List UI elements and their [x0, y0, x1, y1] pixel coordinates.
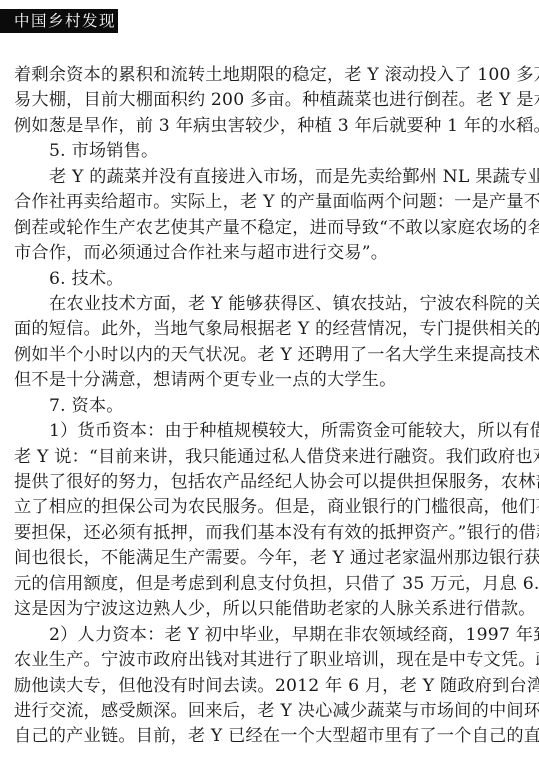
- text-line: 立了相应的担保公司为农民服务。但是，商业银行的门槛很高，他们不单单需: [14, 495, 526, 520]
- text-line: 1）货币资本：由于种植规模较大，所需资金可能较大，所以有借贷需求。: [14, 419, 526, 444]
- text-line: 间也很长，不能满足生产需要。今年，老 Y 通过老家温州那边银行获得了 50 万: [14, 546, 526, 571]
- text-line: 元的信用额度，但是考虑到利息支付负担，只借了 35 万元，月息 6.3 厘左右。: [14, 572, 526, 597]
- text-line: 易大棚，目前大棚面积约 200 多亩。种植蔬菜也进行倒茬。老 Y 是水旱轮作，: [14, 88, 526, 113]
- section-header-tab: 中国乡村发现: [0, 9, 118, 33]
- text-line: 农业生产。宁波市政府出钱对其进行了职业培训，现在是中专文凭。政府也鼓: [14, 648, 526, 673]
- text-line: 合作社再卖给超市。实际上，老 Y 的产量面临两个问题：一是产量不大；二是: [14, 190, 526, 215]
- text-line: 面的短信。此外，当地气象局根据老 Y 的经营情况，专门提供相关的短信服务，: [14, 317, 526, 342]
- text-line: 老 Y 说：“目前来讲，我只能通过私人借贷来进行融资。我们政府也对这方面: [14, 445, 526, 470]
- text-line: 例如半个小时以内的天气状况。老 Y 还聘用了一名大学生来提高技术管理水平，: [14, 343, 526, 368]
- text-line: 7. 资本。: [14, 394, 526, 419]
- text-line: 6. 技术。: [14, 267, 526, 292]
- text-line: 在农业技术方面，老 Y 能够获得区、镇农技站，宁波农科院的关于技术方: [14, 292, 526, 317]
- section-title: 中国乡村发现: [14, 12, 116, 30]
- text-line: 2）人力资本：老 Y 初中毕业，早期在非农领域经商，1997 年到宁波开始: [14, 623, 526, 648]
- page-body-text: 着剩余资本的累积和流转土地期限的稳定，老 Y 滚动投入了 100 多万元建设简易…: [14, 63, 526, 750]
- text-line: 老 Y 的蔬菜并没有直接进入市场，而是先卖给鄞州 NL 果蔬专业合作社，: [14, 165, 526, 190]
- text-line: 这是因为宁波这边熟人少，所以只能借助老家的人脉关系进行借款。: [14, 597, 526, 622]
- text-line: 自己的产业链。目前，老 Y 已经在一个大型超市里有了一个自己的直销专柜，: [14, 724, 526, 749]
- text-line: 例如葱是旱作，前 3 年病虫害较少，种植 3 年后就要种 1 年的水稻。: [14, 114, 526, 139]
- text-line: 但不是十分满意，想请两个更专业一点的大学生。: [14, 368, 526, 393]
- text-line: 要担保，还必须有抵押，而我们基本没有有效的抵押资产。”银行的借款办理时: [14, 521, 526, 546]
- text-line: 市合作，而必须通过合作社来与超市进行交易”。: [14, 241, 526, 266]
- text-line: 着剩余资本的累积和流转土地期限的稳定，老 Y 滚动投入了 100 多万元建设简: [14, 63, 526, 88]
- text-line: 5. 市场销售。: [14, 139, 526, 164]
- text-line: 进行交流，感受颇深。回来后，老 Y 决心减少蔬菜与市场间的中间环节、拉长: [14, 699, 526, 724]
- text-line: 倒茬或轮作生产农艺使其产量不稳定，进而导致“不敢以家庭农场的名义与超: [14, 216, 526, 241]
- text-line: 提供了很好的努力，包括农产品经纪人协会可以提供担保服务，农林部门也成: [14, 470, 526, 495]
- text-line: 励他读大专，但他没有时间去读。2012 年 6 月，老 Y 随政府到台湾与当地农…: [14, 674, 526, 699]
